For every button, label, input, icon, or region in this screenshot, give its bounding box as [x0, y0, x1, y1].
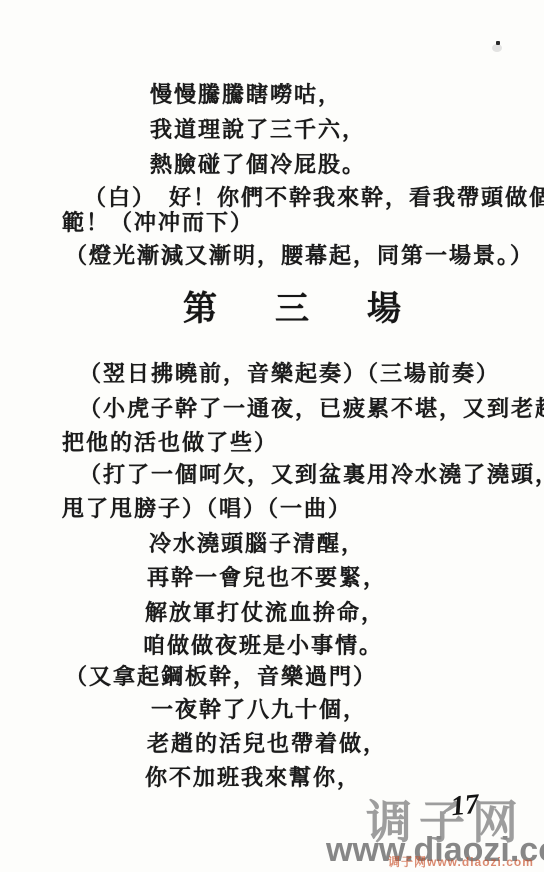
- stage-direction-line: （又拿起鋼板幹，音樂過門）: [65, 660, 377, 691]
- scanned-script-page: 慢慢騰騰瞎嘮咕， 我道理說了三千六， 熱臉碰了個冷屁股。 （白） 好！你們不幹我…: [0, 0, 544, 872]
- dialogue-line: 範！（冲冲而下）: [62, 206, 254, 237]
- verse-line: 解放軍打仗流血拚命，: [145, 596, 385, 627]
- verse-line: 再幹一會兒也不要緊，: [147, 561, 387, 592]
- watermark-underlay-text: 调子网www.diaozi.com: [388, 853, 534, 870]
- ink-smudge: [492, 44, 502, 52]
- scene-title: 第 三 場: [0, 281, 544, 330]
- stage-direction-line: （燈光漸減又漸明，腰幕起，同第一場景。）: [65, 239, 534, 270]
- scene-title-char: 三: [275, 281, 309, 330]
- verse-line: 冷水澆頭腦子清醒，: [149, 527, 365, 558]
- scene-title-char: 第: [183, 281, 217, 330]
- verse-line: 老趙的活兒也帶着做，: [147, 727, 387, 758]
- verse-line: 你不加班我來幫你，: [145, 761, 361, 792]
- ink-speck: [496, 41, 500, 45]
- verse-line: 熱臉碰了個冷屁股。: [150, 148, 366, 179]
- verse-line: 一夜幹了八九十個，: [151, 693, 367, 724]
- stage-direction-line: 甩了甩膀子）（唱）（一曲）: [62, 492, 352, 523]
- verse-line: 咱做做夜班是小事情。: [143, 629, 383, 660]
- stage-direction-line: 把他的活也做了些）: [62, 426, 278, 457]
- scene-title-char: 場: [367, 281, 401, 330]
- page-number: 17: [449, 789, 480, 824]
- stage-direction-line: （打了一個呵欠，又到盆裏用冷水澆了澆頭，用勁地: [79, 458, 544, 489]
- verse-line: 慢慢騰騰瞎嘮咕，: [150, 78, 342, 109]
- stage-direction-line: （小虎子幹了一通夜，已疲累不堪，又到老趙案子上: [79, 392, 544, 423]
- verse-line: 我道理說了三千六，: [150, 113, 366, 144]
- stage-direction-line: （翌日拂曉前，音樂起奏）（三場前奏）: [79, 357, 500, 388]
